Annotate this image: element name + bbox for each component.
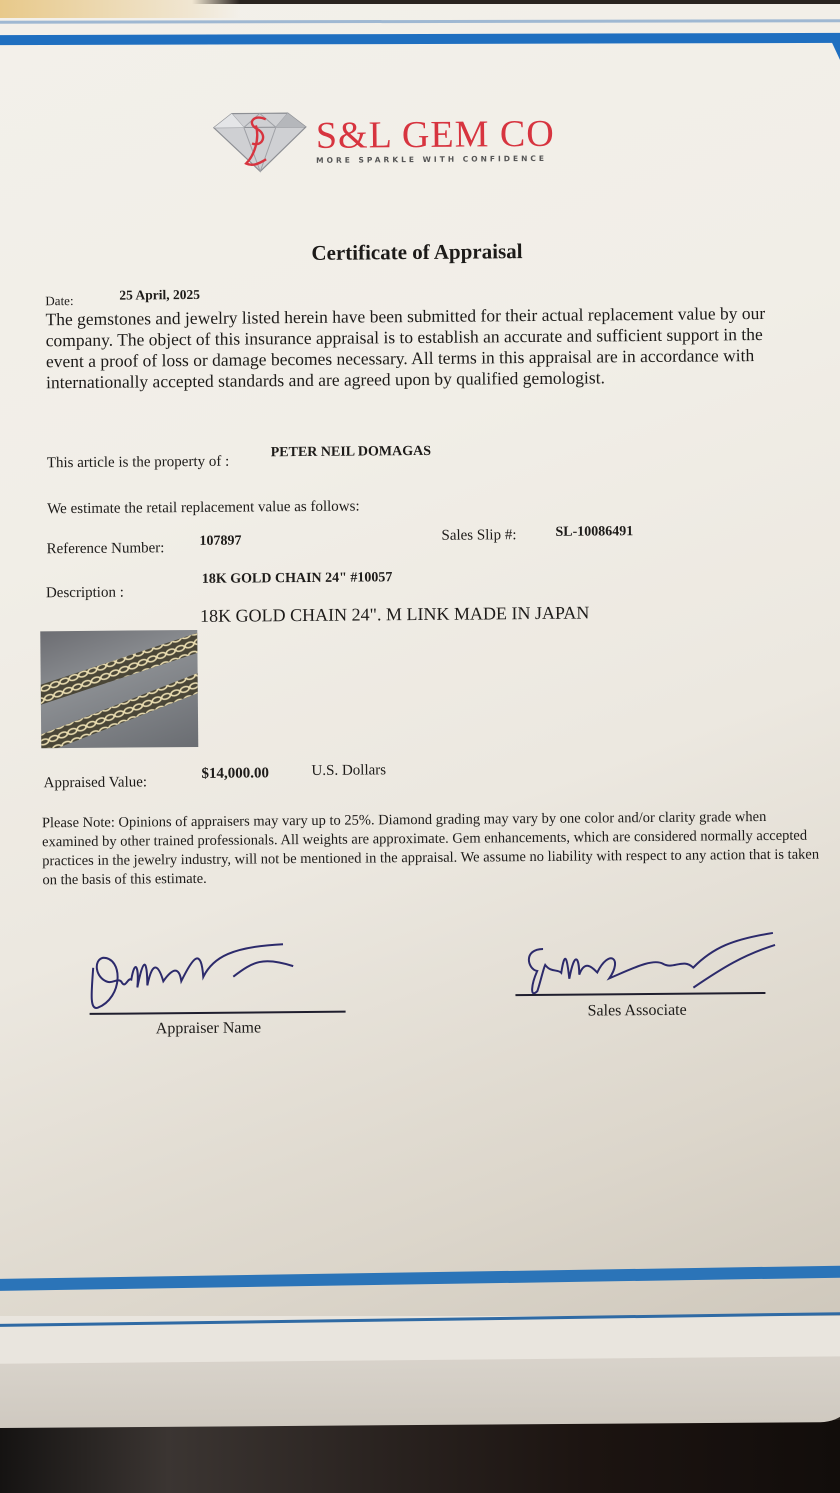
company-logo: S&L GEM CO MORE SPARKLE WITH CONFIDENCE: [210, 107, 555, 174]
date-value: 25 April, 2025: [119, 287, 200, 304]
property-owner: PETER NEIL DOMAGAS: [271, 444, 431, 461]
gold-chain-photo: [40, 630, 198, 748]
certificate-title: Certificate of Appraisal: [0, 236, 837, 268]
appraiser-signature: [83, 936, 324, 1018]
sales-slip-number: SL-10086491: [555, 524, 633, 541]
date-label: Date:: [45, 293, 73, 309]
property-label: This article is the property of :: [47, 454, 230, 473]
item-detail: 18K GOLD CHAIN 24". M LINK MADE IN JAPAN: [200, 603, 589, 627]
appraised-value-label: Appraised Value:: [44, 774, 148, 792]
sales-associate-signature: [513, 927, 784, 1009]
reference-number: 107897: [199, 534, 241, 550]
sales-associate-caption: Sales Associate: [588, 1002, 687, 1021]
disclaimer-note: Please Note: Opinions of appraisers may …: [42, 808, 823, 891]
currency-label: U.S. Dollars: [311, 762, 386, 780]
estimate-line: We estimate the retail replacement value…: [47, 499, 360, 519]
sales-slip-label: Sales Slip #:: [441, 527, 516, 545]
reference-label: Reference Number:: [46, 540, 164, 558]
company-tagline: MORE SPARKLE WITH CONFIDENCE: [316, 154, 555, 165]
diamond-icon: [210, 109, 311, 174]
background-desk: [0, 1420, 840, 1493]
description-label: Description :: [46, 585, 124, 603]
description-value: 18K GOLD CHAIN 24" #10057: [202, 570, 393, 588]
intro-paragraph: The gemstones and jewelry listed herein …: [45, 303, 786, 393]
appraised-value: $14,000.00: [201, 765, 269, 783]
certificate-content: S&L GEM CO MORE SPARKLE WITH CONFIDENCE …: [0, 0, 840, 1324]
appraiser-caption: Appraiser Name: [156, 1019, 261, 1038]
company-name: S&L GEM CO: [316, 115, 555, 155]
